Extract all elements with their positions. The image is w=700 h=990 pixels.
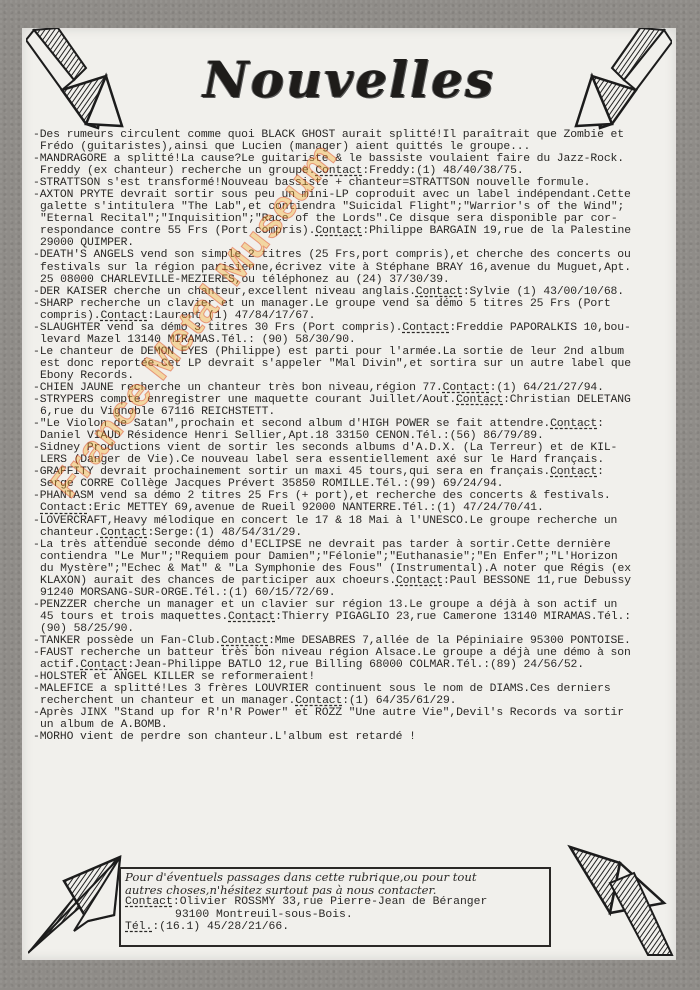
news-line: 25 08000 CHARLEVILLE-MEZIERES,ou télépho… (33, 274, 673, 286)
news-line: 6,rue du Vignoble 67116 REICHSTETT. (33, 406, 673, 418)
news-line: -FAUST recherche un batteur très bon niv… (33, 647, 631, 659)
news-line: -HOLSTER et ANGEL KILLER se reformeraien… (33, 671, 315, 683)
news-line: (90) 58/25/90. (33, 623, 673, 635)
news-line: -SLAUGHTER vend sa démo 3 titres 30 Frs … (33, 322, 631, 334)
news-line: -Sidney Productions vient de sortir les … (33, 442, 617, 454)
news-line: "Eternal Recital";"Inquisition";"Race of… (33, 213, 673, 225)
phone-label: Tél. (125, 921, 152, 933)
news-line: -SHARP recherche un clavier et un manage… (33, 298, 611, 310)
news-line: 45 tours et trois maquettes.Contact:Thie… (33, 611, 673, 623)
news-line: Freddy (ex chanteur) recherche un groupe… (33, 165, 673, 177)
news-item: -MANDRAGORE a splitté!La cause?Le guitar… (33, 153, 673, 177)
news-line: -GRAFFITY devrait prochainement sortir u… (33, 466, 604, 478)
contact-label: Contact (125, 896, 173, 908)
news-item: -PENZZER cherche un manager et un clavie… (33, 599, 673, 635)
contact-value: :Olivier ROSSMY 33,rue Pierre-Jean de Bé… (173, 896, 487, 908)
page-title: Nouvelles (22, 50, 676, 109)
news-line: 91240 MORSANG-SUR-ORGE.Tél.:(1) 60/15/72… (33, 587, 673, 599)
contact-label: Contact (315, 165, 362, 177)
news-line: Frédo (guitaristes),ainsi que Lucien (ma… (33, 141, 673, 153)
news-item: -SLAUGHTER vend sa démo 3 titres 30 Frs … (33, 322, 673, 346)
news-item: -LOVERCRAFT,Heavy mélodique en concert l… (33, 515, 673, 539)
news-line: -La très attendue seconde démo d'ECLIPSE… (33, 539, 611, 551)
news-line: est donc reportée.Cet LP devrait s'appel… (33, 358, 673, 370)
news-line: -CHIEN JAUNE recherche un chanteur très … (33, 382, 604, 394)
news-item: -"Le Violon de Satan",prochain et second… (33, 418, 673, 442)
news-line: Ebony Records. (33, 370, 673, 382)
contact-label: Contact (80, 659, 127, 671)
news-line: respondance contre 55 Frs (Port compris)… (33, 225, 673, 237)
news-line: -LOVERCRAFT,Heavy mélodique en concert l… (33, 515, 617, 527)
news-line: -Des rumeurs circulent comme quoi BLACK … (33, 129, 624, 141)
arrow-bottom-right-icon (564, 843, 674, 958)
news-line: galette s'intitulera "The Lab",et contie… (33, 201, 673, 213)
news-line: un album de A.BOMB. (33, 719, 673, 731)
news-line: KLAXON) aurait des chances de participer… (33, 575, 673, 587)
contact-label: Contact (550, 466, 597, 478)
news-line: -STRYPERS compte enregistrer une maquett… (33, 394, 631, 406)
contact-label: Contact (315, 225, 362, 237)
news-line: -Le chanteur de DEMON EYES (Philippe) es… (33, 346, 624, 358)
news-line: recherchent un chanteur et un manager.Co… (33, 695, 673, 707)
news-item: -La très attendue seconde démo d'ECLIPSE… (33, 539, 673, 599)
news-line: du Mystère";"Echec & Mat" & "La Symphoni… (33, 563, 673, 575)
news-line: -MALEFICE a splitté!Les 3 frères LOUVRIE… (33, 683, 611, 695)
contact-label: Contact (456, 394, 503, 406)
news-item: -STRATTSON s'est transformé!Nouveau bass… (33, 177, 673, 189)
contact-label: Contact (396, 575, 443, 587)
news-line: -Après JINX "Stand up for R'n'R Power" e… (33, 707, 624, 719)
contact-label: Contact (100, 310, 147, 322)
news-item: -DER KAISER cherche un chanteur,excellen… (33, 286, 673, 298)
contact-label: Contact (295, 695, 342, 707)
news-item: -Sidney Productions vient de sortir les … (33, 442, 673, 466)
contact-label: Contact (100, 527, 147, 539)
contact-box: Pour d'éventuels passages dans cette rub… (119, 867, 551, 947)
news-item: -CHIEN JAUNE recherche un chanteur très … (33, 382, 673, 394)
news-item: -STRYPERS compte enregistrer une maquett… (33, 394, 673, 418)
magazine-page: Nouvelles -Des rumeurs circulent comme q… (22, 28, 676, 960)
contact-line: Contact:Olivier ROSSMY 33,rue Pierre-Jea… (125, 896, 545, 909)
news-line: -TANKER possède un Fan-Club.Contact:Mme … (33, 635, 631, 647)
contact-label: Contact (402, 322, 449, 334)
news-line: -PHANTASM vend sa démo 2 titres 25 Frs (… (33, 490, 611, 502)
news-line: compris).Contact:Laurent (1) 47/84/17/67… (33, 310, 673, 322)
news-line: -DEATH'S ANGELS vend son simple 2 titres… (33, 249, 631, 261)
contact-intro-line-1: Pour d'éventuels passages dans cette rub… (125, 871, 545, 884)
arrow-bottom-left-icon (28, 851, 128, 956)
news-line: festivals sur la région parisienne,écriv… (33, 262, 673, 274)
news-line: Contact:Eric METTEY 69,avenue de Rueil 9… (33, 502, 673, 514)
news-line: contiendra "Le Mur";"Requiem pour Damien… (33, 551, 673, 563)
news-line: -PENZZER cherche un manager et un clavie… (33, 599, 617, 611)
news-list: -Des rumeurs circulent comme quoi BLACK … (33, 129, 673, 743)
news-line: levard Mazel 13140 MIRAMAS.Tél.: (90) 58… (33, 334, 673, 346)
news-line: Daniel VIAUD Résidence Henri Sellier,Apt… (33, 430, 673, 442)
news-item: -SHARP recherche un clavier et un manage… (33, 298, 673, 322)
contact-intro-line-2: autres choses,n'hésitez surtout pas à no… (125, 884, 545, 897)
news-line: Serge CORRE Collège Jacques Prévert 3585… (33, 478, 673, 490)
contact-label: Contact (40, 502, 87, 514)
news-line: -STRATTSON s'est transformé!Nouveau bass… (33, 177, 590, 189)
contact-address: 93100 Montreuil-sous-Bois. (125, 909, 545, 922)
contact-label: Contact (550, 418, 597, 430)
news-item: -MALEFICE a splitté!Les 3 frères LOUVRIE… (33, 683, 673, 707)
news-item: -Des rumeurs circulent comme quoi BLACK … (33, 129, 673, 153)
news-line: actif.Contact:Jean-Philippe BATLO 12,rue… (33, 659, 673, 671)
news-item: -GRAFFITY devrait prochainement sortir u… (33, 466, 673, 490)
news-item: -FAUST recherche un batteur très bon niv… (33, 647, 673, 671)
news-item: -Le chanteur de DEMON EYES (Philippe) es… (33, 346, 673, 382)
news-line: chanteur.Contact:Serge:(1) 48/54/31/29. (33, 527, 673, 539)
news-line: 29000 QUIMPER. (33, 237, 673, 249)
news-item: -HOLSTER et ANGEL KILLER se reformeraien… (33, 671, 673, 683)
contact-phone-line: Tél.:(16.1) 45/28/21/66. (125, 921, 545, 934)
news-item: -MORHO vient de perdre son chanteur.L'al… (33, 731, 673, 743)
news-line: LERS (Danger de Vie).Ce nouveau label se… (33, 454, 673, 466)
contact-label: Contact (228, 611, 275, 623)
news-item: -DEATH'S ANGELS vend son simple 2 titres… (33, 249, 673, 285)
phone-value: :(16.1) 45/28/21/66. (152, 921, 289, 933)
news-line: -"Le Violon de Satan",prochain et second… (33, 418, 604, 430)
news-item: -Après JINX "Stand up for R'n'R Power" e… (33, 707, 673, 731)
news-line: -MANDRAGORE a splitté!La cause?Le guitar… (33, 153, 624, 165)
contact-label: Contact (221, 635, 268, 647)
news-item: -TANKER possède un Fan-Club.Contact:Mme … (33, 635, 673, 647)
news-line: -AXTON PRYTE devrait sortir sous peu un … (33, 189, 631, 201)
news-line: -MORHO vient de perdre son chanteur.L'al… (33, 731, 416, 743)
contact-label: Contact (416, 286, 463, 298)
news-line: -DER KAISER cherche un chanteur,excellen… (33, 286, 624, 298)
contact-label: Contact (443, 382, 490, 394)
news-item: -PHANTASM vend sa démo 2 titres 25 Frs (… (33, 490, 673, 514)
news-item: -AXTON PRYTE devrait sortir sous peu un … (33, 189, 673, 249)
